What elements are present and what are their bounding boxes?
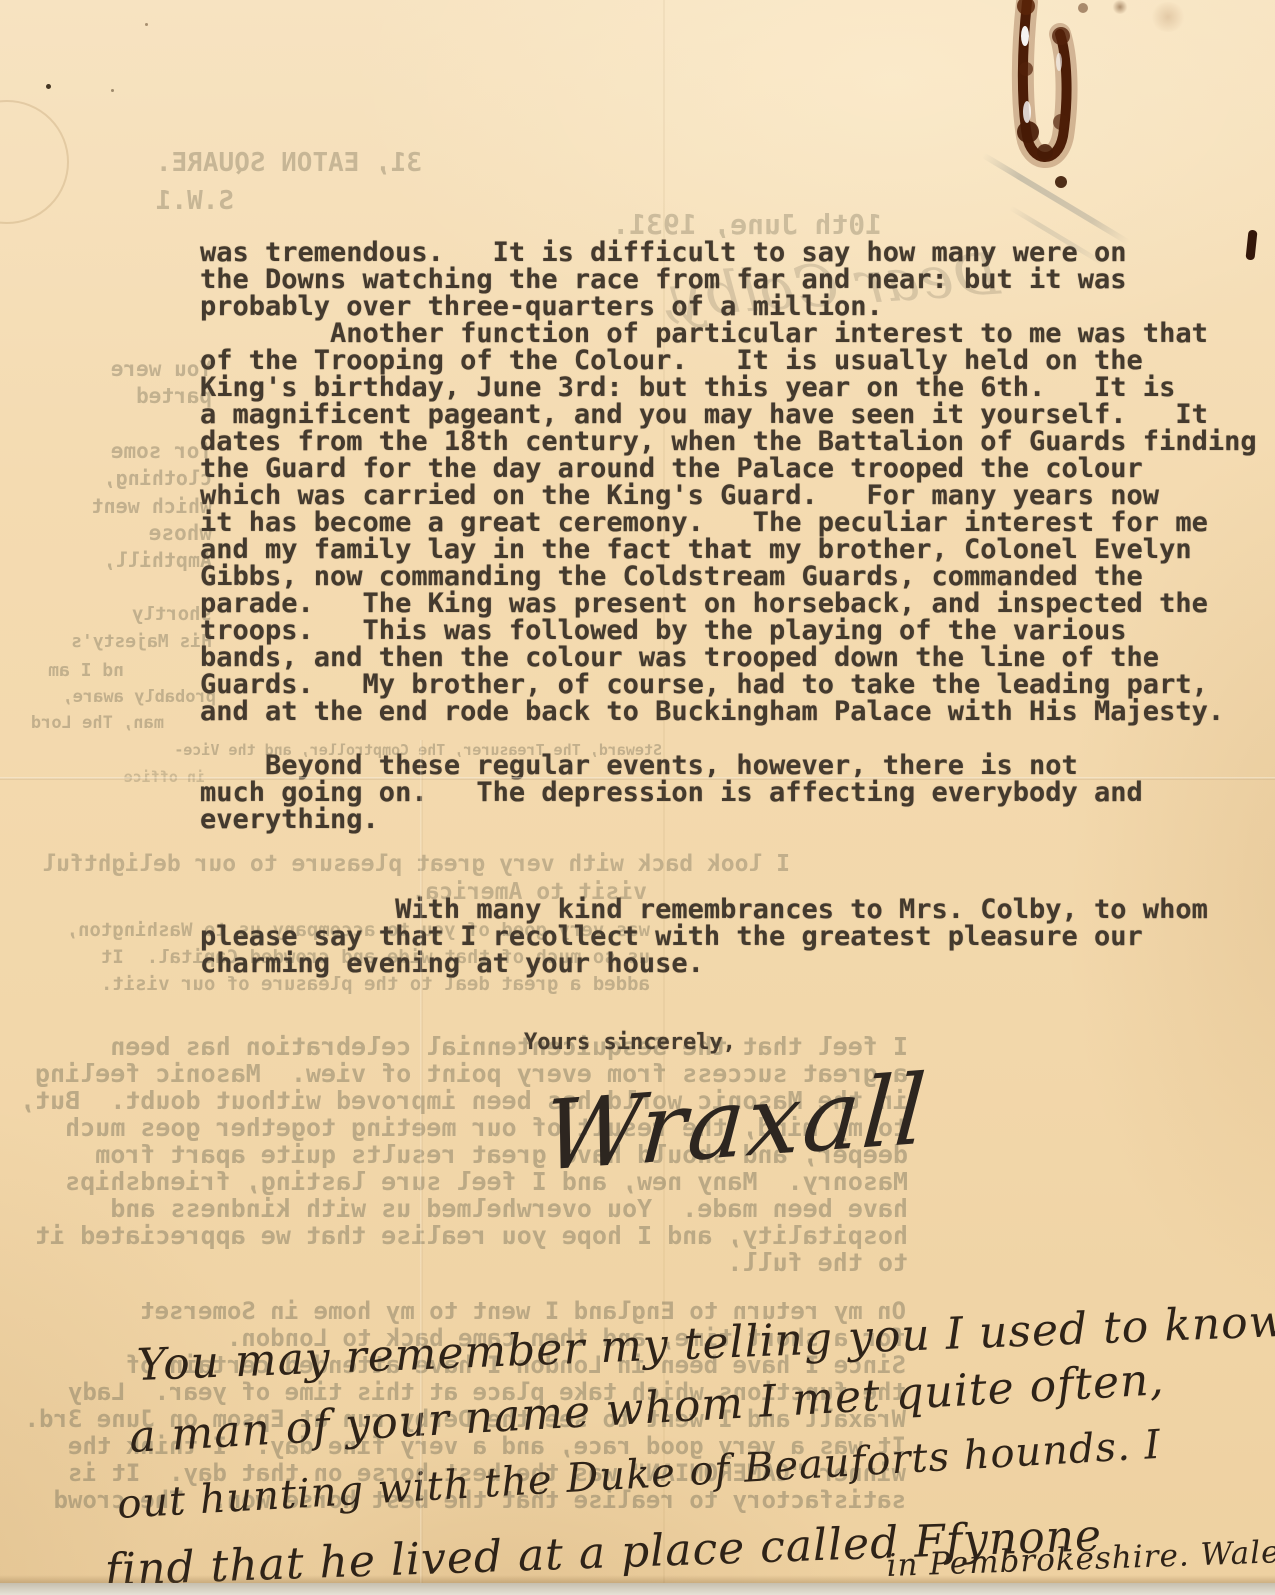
ghost-fragment: I look back with very great pleasure to …	[28, 851, 790, 877]
ghost-fragment: clothing,	[38, 466, 212, 490]
paper-edge-strip	[0, 1583, 1275, 1595]
ghost-line: have been made. You overwhelmed us with …	[20, 1195, 908, 1222]
paper-speck	[145, 23, 148, 26]
typed-line: Guards. My brother, of course, had to ta…	[200, 671, 1257, 698]
ghost-fragment: Ampthill,	[34, 548, 212, 572]
closing-valediction: Yours sincerely,	[524, 1030, 736, 1055]
typed-line: everything.	[200, 806, 1143, 833]
ghost-fragment: whose	[98, 521, 212, 545]
ink-spot	[1245, 230, 1257, 261]
paper-speck	[111, 89, 114, 92]
typed-line: dates from the 18th century, when the Ba…	[200, 428, 1257, 455]
typed-line: Gibbs, now commanding the Coldstream Gua…	[200, 563, 1257, 590]
ghost-fragment: His Majesty's	[30, 631, 212, 652]
typed-line: and my family lay in the fact that my br…	[200, 536, 1257, 563]
typed-line: please say that I recollect with the gre…	[200, 923, 1208, 950]
ghost-fragment: probably aware,	[16, 687, 216, 707]
typed-line: it has become a great ceremony. The pecu…	[200, 509, 1257, 536]
ghost-line: I feel that the Sesquicentennial celebra…	[20, 1033, 908, 1060]
typed-line: charming evening at your house.	[200, 950, 1208, 977]
fold-crease-horizontal	[0, 777, 1275, 780]
typed-line: bands, and then the colour was trooped d…	[200, 644, 1257, 671]
ghost-line: to the full.	[20, 1249, 908, 1276]
fold-crease-vertical	[663, 0, 665, 1595]
typed-line: the Guard for the day around the Palace …	[200, 455, 1257, 482]
ghost-fragment: man, The Lord	[14, 713, 164, 733]
ghost-fragment: for some	[42, 439, 212, 463]
ghost-fragment: nd I am	[24, 660, 124, 681]
ghost-fragment: shortly	[98, 603, 212, 625]
emboss-ring	[0, 100, 69, 224]
typed-line: a magnificent pageant, and you may have …	[200, 401, 1257, 428]
ghost-line: hospitality, and I hope you realise that…	[20, 1222, 908, 1249]
letterhead-ghost-district: S.W.1	[150, 186, 234, 216]
typed-paragraph: With many kind remembrances to Mrs. Colb…	[200, 896, 1208, 977]
typed-paragraph: Another function of particular interest …	[200, 320, 1257, 725]
typed-line: Beyond these regular events, however, th…	[200, 752, 1143, 779]
typed-line: King's birthday, June 3rd: but this year…	[200, 374, 1257, 401]
typed-line: Another function of particular interest …	[200, 320, 1257, 347]
stain-smudge	[1150, 2, 1186, 32]
letterhead-ghost-address: 31, EATON SQUARE.	[150, 148, 422, 178]
typed-line: much going on. The depression is affecti…	[200, 779, 1143, 806]
ghost-fragment: parted	[80, 384, 212, 408]
typed-line: of the Trooping of the Colour. It is usu…	[200, 347, 1257, 374]
typed-line: which was carried on the King's Guard. F…	[200, 482, 1257, 509]
rust-stain	[995, 0, 1125, 224]
ink-spot	[1112, 0, 1128, 14]
typed-line: With many kind remembrances to Mrs. Colb…	[200, 896, 1208, 923]
typed-line: and at the end rode back to Buckingham P…	[200, 698, 1257, 725]
paper-speck	[46, 84, 51, 89]
typed-line: troops. This was followed by the playing…	[200, 617, 1257, 644]
paper-edge-shadow	[0, 1575, 1275, 1583]
typed-paragraph: Beyond these regular events, however, th…	[200, 752, 1143, 833]
ghost-fragment: which went	[28, 494, 212, 518]
letter-page: 31, EATON SQUARE. S.W.1 10th June, 1931.…	[0, 0, 1275, 1595]
ghost-fragment: You were	[48, 357, 212, 381]
typed-line: parade. The King was present on horsebac…	[200, 590, 1257, 617]
fold-crease-vertical	[420, 740, 423, 1595]
